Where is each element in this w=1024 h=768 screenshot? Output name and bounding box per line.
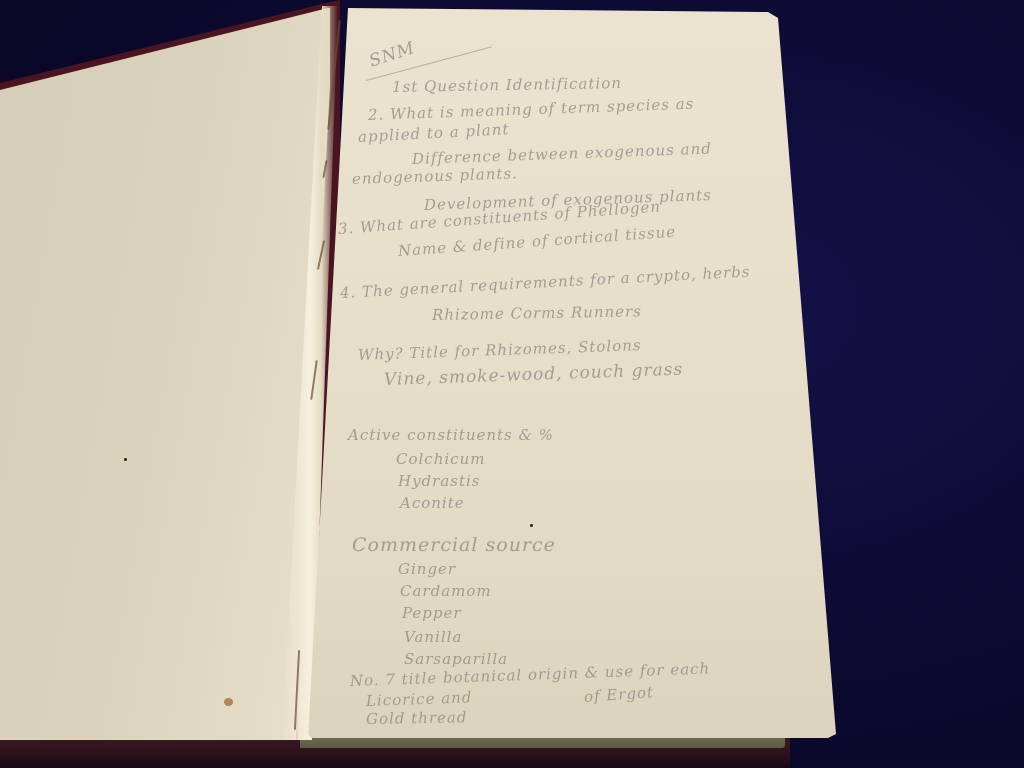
speck (530, 524, 533, 527)
commercial-item: Pepper (402, 604, 462, 622)
footer-note-line: Gold thread (366, 708, 468, 728)
commercial-item: Ginger (398, 560, 456, 578)
commercial-item: Vanilla (404, 628, 462, 646)
footer-note-line: Licorice and (366, 688, 473, 710)
book-photo: SNM 1st Question Identification 2. What … (0, 0, 1024, 768)
active-constituents-heading: Active constituents & % (348, 426, 554, 444)
left-pastedown-page (0, 0, 330, 740)
foxing-stain (224, 698, 233, 706)
commercial-item: Sarsaparilla (404, 650, 508, 668)
active-constituent-item: Hydrastis (398, 472, 481, 490)
commercial-item: Cardamom (400, 582, 492, 600)
note-line: Rhizome Corms Runners (432, 302, 642, 324)
active-constituent-item: Aconite (400, 494, 465, 512)
speck (124, 458, 127, 461)
active-constituent-item: Colchicum (396, 450, 485, 468)
commercial-heading: Commercial source (352, 534, 556, 556)
